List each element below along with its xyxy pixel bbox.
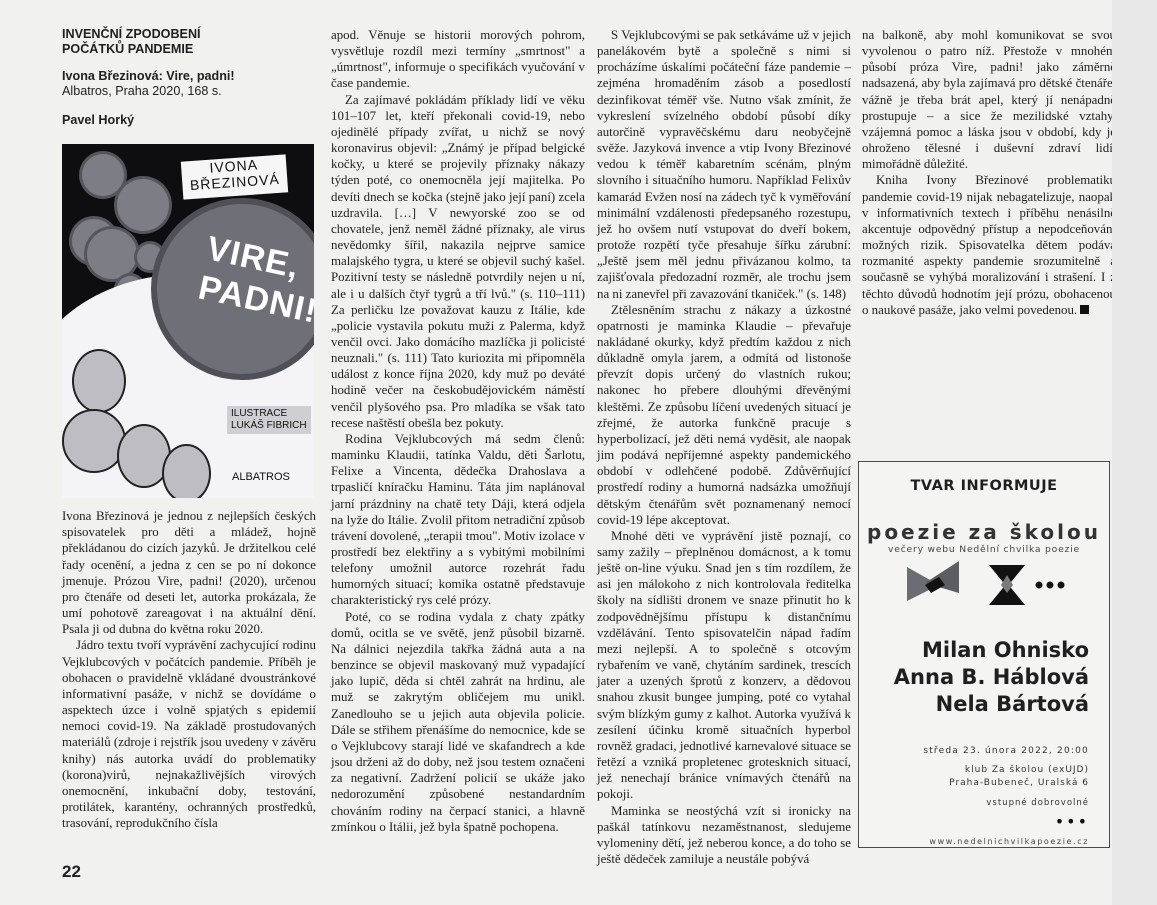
paragraph: Jádro textu tvoří vyprávění zachycující …: [62, 637, 316, 831]
book-title: Ivona Březinová: Vire, padni!: [62, 69, 316, 84]
paragraph: Kniha Ivony Březinové problematiku pande…: [862, 172, 1116, 317]
poet-name: Milan Ohnisko: [859, 637, 1089, 664]
illustration-label: ILUSTRACE: [231, 408, 307, 420]
ad-heading: TVAR INFORMUJE: [859, 478, 1109, 494]
bowtie-shapes-icon: [859, 561, 1109, 609]
character-illustration: [72, 349, 126, 413]
column-2: apod. Věnuje se historii morových pohrom…: [331, 27, 585, 835]
page-edge-strip: [1112, 0, 1157, 905]
reviewer-name: Pavel Horký: [62, 112, 316, 128]
cover-author-label: IVONA BŘEZINOVÁ: [181, 155, 288, 200]
paragraph: na balkoně, aby mohl komunikovat se svou…: [862, 27, 1116, 172]
paragraph: Mnohé děti ve vyprávění jistě poznají, c…: [597, 528, 851, 803]
character-illustration: [162, 444, 211, 498]
paragraph: Maminka se neostýchá vzít si ironicky na…: [597, 803, 851, 868]
paragraph: Ztělesněním strachu z nákazy a úzkostné …: [597, 302, 851, 528]
paragraph: Rodina Vejklubcových má sedm členů: mami…: [331, 431, 585, 609]
poet-name: Anna B. Háblová: [859, 664, 1089, 691]
event-venue: klub Za školou (exUJD) Praha-Bubeneč, Ur…: [859, 764, 1109, 790]
end-mark-icon: [1080, 305, 1089, 314]
entry-fee: vstupné dobrovolné: [859, 798, 1109, 808]
article-heading: INVENČNÍ ZPODOBENÍ POČÁTKŮ PANDEMIE: [62, 27, 316, 57]
heading-line-1: INVENČNÍ ZPODOBENÍ: [62, 27, 316, 42]
ad-logo-shapes: [859, 561, 1109, 609]
paragraph: Ivona Březinová je jednou z nejlepších č…: [62, 508, 316, 637]
virus-icon: [87, 229, 137, 279]
cover-publisher: ALBATROS: [232, 469, 290, 485]
venue-name: klub Za školou (exUJD): [859, 764, 1089, 777]
paragraph-text: Kniha Ivony Březinové problematiku pande…: [862, 173, 1116, 316]
illustrator-name: LUKÁŠ FIBRICH: [231, 420, 307, 432]
virus-icon: [117, 179, 169, 231]
page-number: 22: [62, 862, 81, 882]
event-date: středa 23. února 2022, 20:00: [859, 746, 1109, 756]
poet-list: Milan Ohnisko Anna B. Háblová Nela Bárto…: [859, 637, 1109, 718]
venue-address: Praha-Bubeneč, Uralská 6: [859, 777, 1089, 790]
column-1: INVENČNÍ ZPODOBENÍ POČÁTKŮ PANDEMIE Ivon…: [62, 27, 316, 831]
magazine-page: INVENČNÍ ZPODOBENÍ POČÁTKŮ PANDEMIE Ivon…: [0, 0, 1157, 905]
dots-separator-icon: •••: [859, 812, 1109, 831]
cover-illustrator-label: ILUSTRACE LUKÁŠ FIBRICH: [227, 406, 311, 434]
paragraph: apod. Věnuje se historii morových pohrom…: [331, 27, 585, 92]
paragraph: Poté, co se rodina vydala z chaty zpátky…: [331, 609, 585, 835]
column-3: S Vejklubcovými se pak setkáváme už v je…: [597, 27, 851, 867]
ad-event-title: poezie za školou: [859, 520, 1109, 544]
column-4: na balkoně, aby mohl komunikovat se svou…: [862, 27, 1116, 318]
ad-event-subtitle: večery webu Nedělní chvilka poezie: [859, 544, 1109, 555]
character-illustration: [62, 409, 126, 473]
paragraph: Za zajímavé pokládám příklady lidí ve vě…: [331, 92, 585, 431]
book-info: Ivona Březinová: Vire, padni! Albatros, …: [62, 69, 316, 99]
event-website-link[interactable]: www.nedelnichvilkapoezie.cz: [859, 837, 1109, 846]
book-publisher: Albatros, Praha 2020, 168 s.: [62, 84, 316, 99]
column-1-body: Ivona Březinová je jednou z nejlepších č…: [62, 508, 316, 831]
heading-line-2: POČÁTKŮ PANDEMIE: [62, 42, 316, 57]
paragraph: S Vejklubcovými se pak setkáváme už v je…: [597, 27, 851, 302]
poet-name: Nela Bártová: [859, 691, 1089, 718]
book-cover-image: IVONA BŘEZINOVÁ VIRE, PADNI! ILUSTRACE L…: [62, 144, 314, 498]
event-advertisement: TVAR INFORMUJE poezie za školou večery w…: [858, 461, 1110, 848]
virus-icon: [82, 154, 124, 196]
